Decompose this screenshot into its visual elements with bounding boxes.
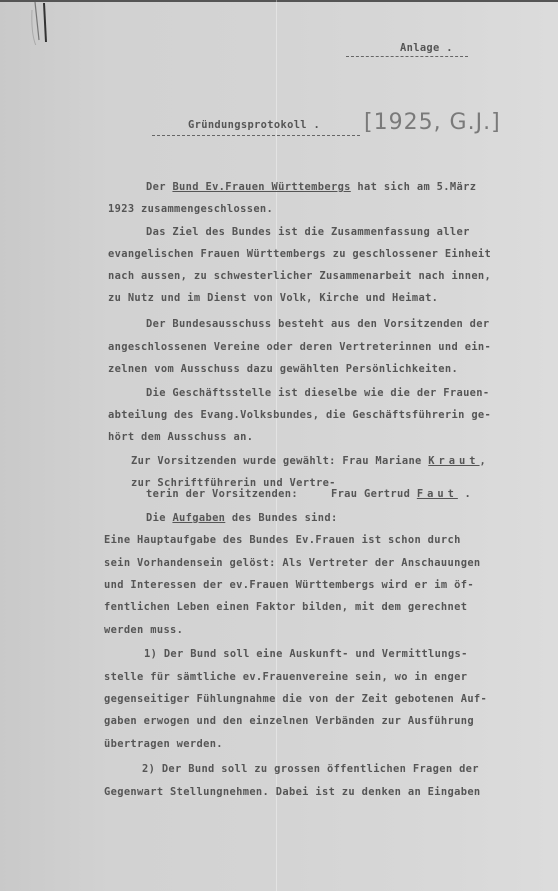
document-title: Gründungsprotokoll . xyxy=(188,119,320,131)
title-underline xyxy=(152,135,360,136)
paragraph-line: Der Bund Ev.Frauen Württembergs hat sich… xyxy=(146,181,476,193)
chair-name: Kraut xyxy=(428,455,479,467)
handwritten-date-note: [1925, G.J.] xyxy=(364,110,501,135)
paragraph-line: zelnen vom Ausschuss dazu gewählten Pers… xyxy=(108,363,458,375)
paragraph-line: hört dem Ausschuss an. xyxy=(108,431,253,443)
paragraph-line: Die Aufgaben des Bundes sind: xyxy=(146,512,338,524)
paragraph-line: werden muss. xyxy=(104,624,183,636)
paragraph-line: abteilung des Evang.Volksbundes, die Ges… xyxy=(108,409,491,421)
paragraph-line: terin der Vorsitzenden: Frau Gertrud Fau… xyxy=(146,488,471,500)
paragraph-line: angeschlossenen Vereine oder deren Vertr… xyxy=(108,341,491,353)
paragraph-line: gaben erwogen und den einzelnen Verbände… xyxy=(104,715,474,727)
paragraph-line: fentlichen Leben einen Faktor bilden, mi… xyxy=(104,601,467,613)
paragraph-line: Die Geschäftsstelle ist dieselbe wie die… xyxy=(146,387,490,399)
paragraph-line: sein Vorhandensein gelöst: Als Vertreter… xyxy=(104,557,481,569)
paragraph-line: 1923 zusammengeschlossen. xyxy=(108,203,273,215)
scan-top-edge xyxy=(0,0,558,2)
paragraph-line: Gegenwart Stellungnehmen. Dabei ist zu d… xyxy=(104,786,481,798)
secretary-name: Faut xyxy=(417,488,458,500)
paperclip-mark-icon xyxy=(30,0,54,45)
paragraph-line: stelle für sämtliche ev.Frauenvereine se… xyxy=(104,671,467,683)
paragraph-line: nach aussen, zu schwesterlicher Zusammen… xyxy=(108,270,491,282)
paragraph-line: und Interessen der ev.Frauen Württemberg… xyxy=(104,579,474,591)
paragraph-line: 1) Der Bund soll eine Auskunft- und Verm… xyxy=(144,648,468,660)
annex-underline xyxy=(346,56,468,57)
paragraph-line: gegenseitiger Fühlungnahme die von der Z… xyxy=(104,693,487,705)
paragraph-line: Der Bundesausschuss besteht aus den Vors… xyxy=(146,318,490,330)
paragraph-line: übertragen werden. xyxy=(104,738,223,750)
paragraph-line: Das Ziel des Bundes ist die Zusammenfass… xyxy=(146,226,470,238)
annex-label: Anlage . xyxy=(400,42,453,54)
paragraph-line: 2) Der Bund soll zu grossen öffentlichen… xyxy=(142,763,479,775)
paragraph-line: Eine Hauptaufgabe des Bundes Ev.Frauen i… xyxy=(104,534,461,546)
paragraph-line: Zur Vorsitzenden wurde gewählt: Frau Mar… xyxy=(131,455,486,467)
paragraph-line: evangelischen Frauen Württembergs zu ges… xyxy=(108,248,491,260)
paper-fold-line xyxy=(276,0,277,891)
paragraph-line: zu Nutz und im Dienst von Volk, Kirche u… xyxy=(108,292,438,304)
